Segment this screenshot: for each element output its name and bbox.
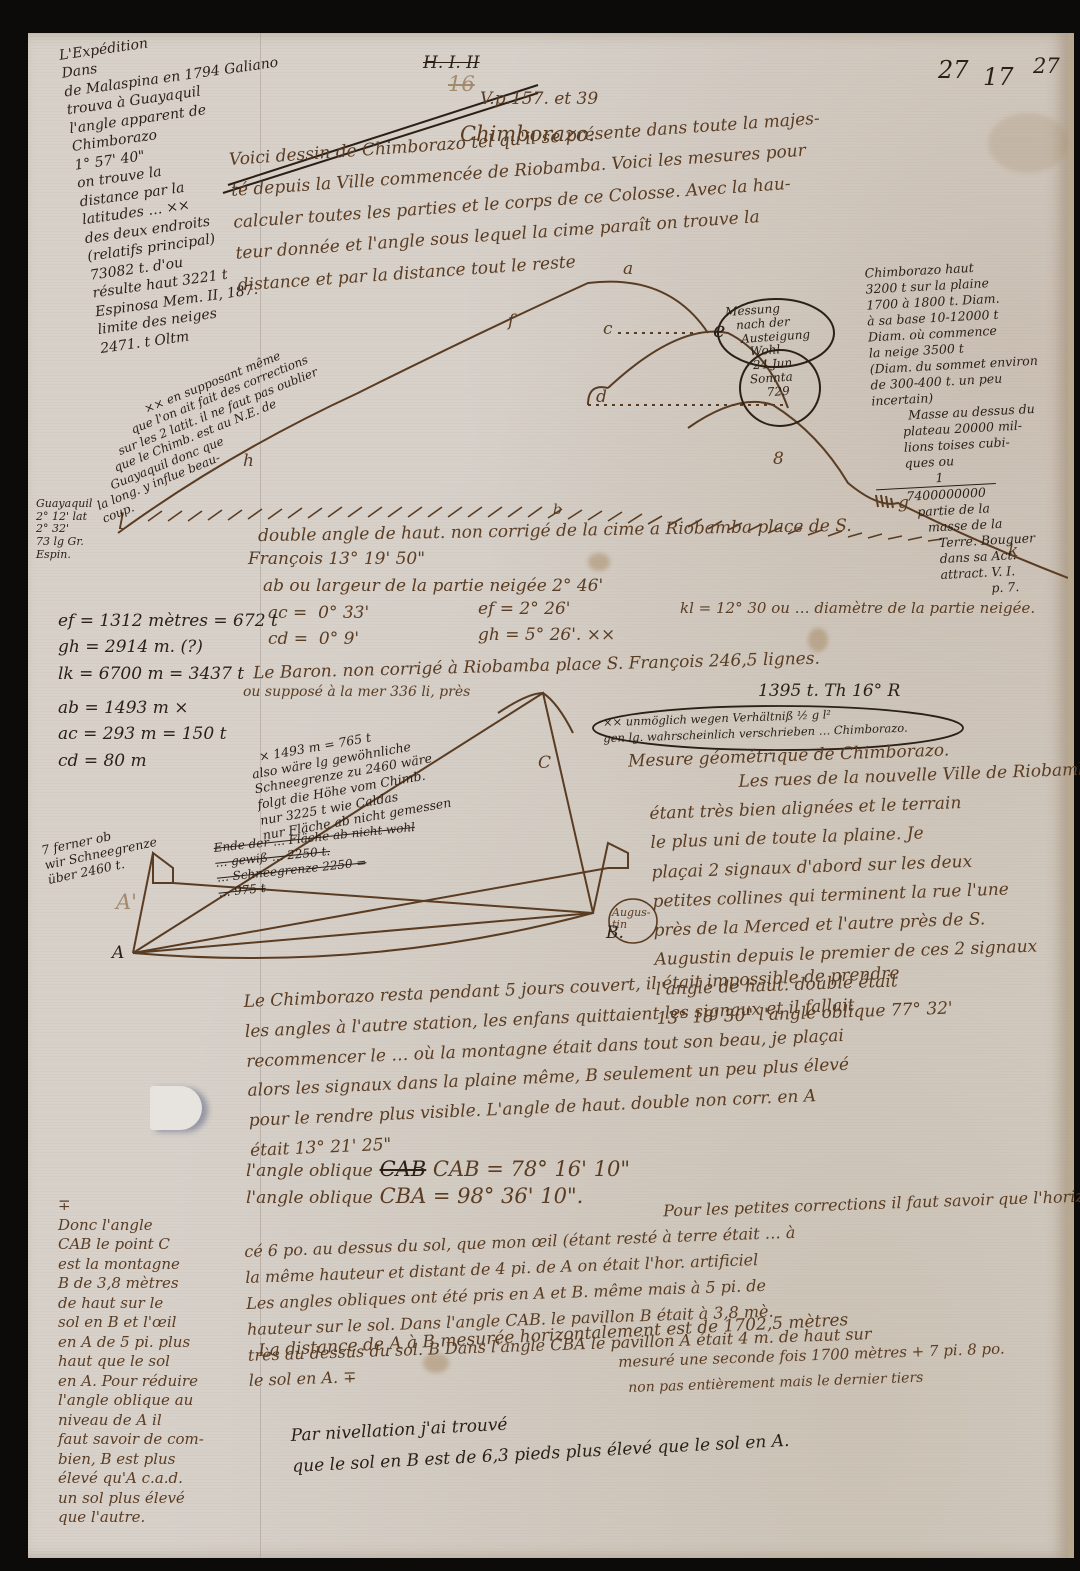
triangle-label-c: C xyxy=(538,755,551,773)
angles-line-3: ab ou largeur de la partie neigée 2° 46' xyxy=(263,578,603,596)
angle-result-cab: l'angle oblique CAB CAB = 78° 16' 10" xyxy=(246,1158,630,1181)
margin-note-guayaquil-coords: Guayaquil 2° 12' lat 2° 32' 73 lg Gr. Es… xyxy=(36,498,92,561)
angle-row-right: ef = 2° 26' xyxy=(478,601,570,619)
sketch-label-c: c xyxy=(603,321,613,339)
angle-row: ac = 0° 33' xyxy=(268,605,369,623)
pressure-result: 1395 t. Th 16° R xyxy=(758,683,900,701)
sketch-label-f: f xyxy=(508,313,514,331)
folio-number: 17 xyxy=(983,65,1014,90)
margin-measures: ef = 1312 mètres = 672 t gh = 2914 m. (?… xyxy=(58,608,278,774)
page-reference: V.p.157. et 39 xyxy=(480,91,598,109)
folio-number-crossed: 16 xyxy=(448,73,475,95)
margin-note-angle-reduction: ∓ Donc l'angle CAB le point C est la mon… xyxy=(58,1196,204,1528)
sketch-label-8: 8 xyxy=(773,451,784,469)
angles-line-2: François 13° 19' 50" xyxy=(248,551,425,569)
sketch-label-e: e xyxy=(713,319,725,341)
folio-number: 27 xyxy=(1033,55,1060,77)
margin-note-chimborazo-dimensions: Chimborazo haut 3200 t sur la plaine 170… xyxy=(864,257,1050,602)
sketch-label-d: d xyxy=(596,389,607,407)
oval-note-messung: Messung nach der Austeigung Wohl 24 Jun … xyxy=(725,300,815,402)
flag-label-augustin: Augus- tin xyxy=(612,907,651,931)
kl-note: kl = 12° 30 ou … diamètre de la partie n… xyxy=(680,601,1035,617)
angle-row: cd = 0° 9' xyxy=(268,631,359,649)
manuscript-page: 16 V.p.157. et 39 27 17 27 H. I. II L'Ex… xyxy=(28,33,1074,1558)
sketch-label-b: b xyxy=(553,503,562,518)
angle-row-right: gh = 5° 26'. ×× xyxy=(478,627,615,645)
triangle-label-a-prime: A' xyxy=(116,891,137,913)
triangle-label-a: A xyxy=(112,945,124,963)
main-paragraph: Le Chimborazo resta pendant 5 jours couv… xyxy=(243,959,907,1166)
folio-number: 27 xyxy=(938,58,969,83)
sketch-label-a: a xyxy=(623,261,633,279)
struck-header: H. I. II xyxy=(423,55,480,73)
